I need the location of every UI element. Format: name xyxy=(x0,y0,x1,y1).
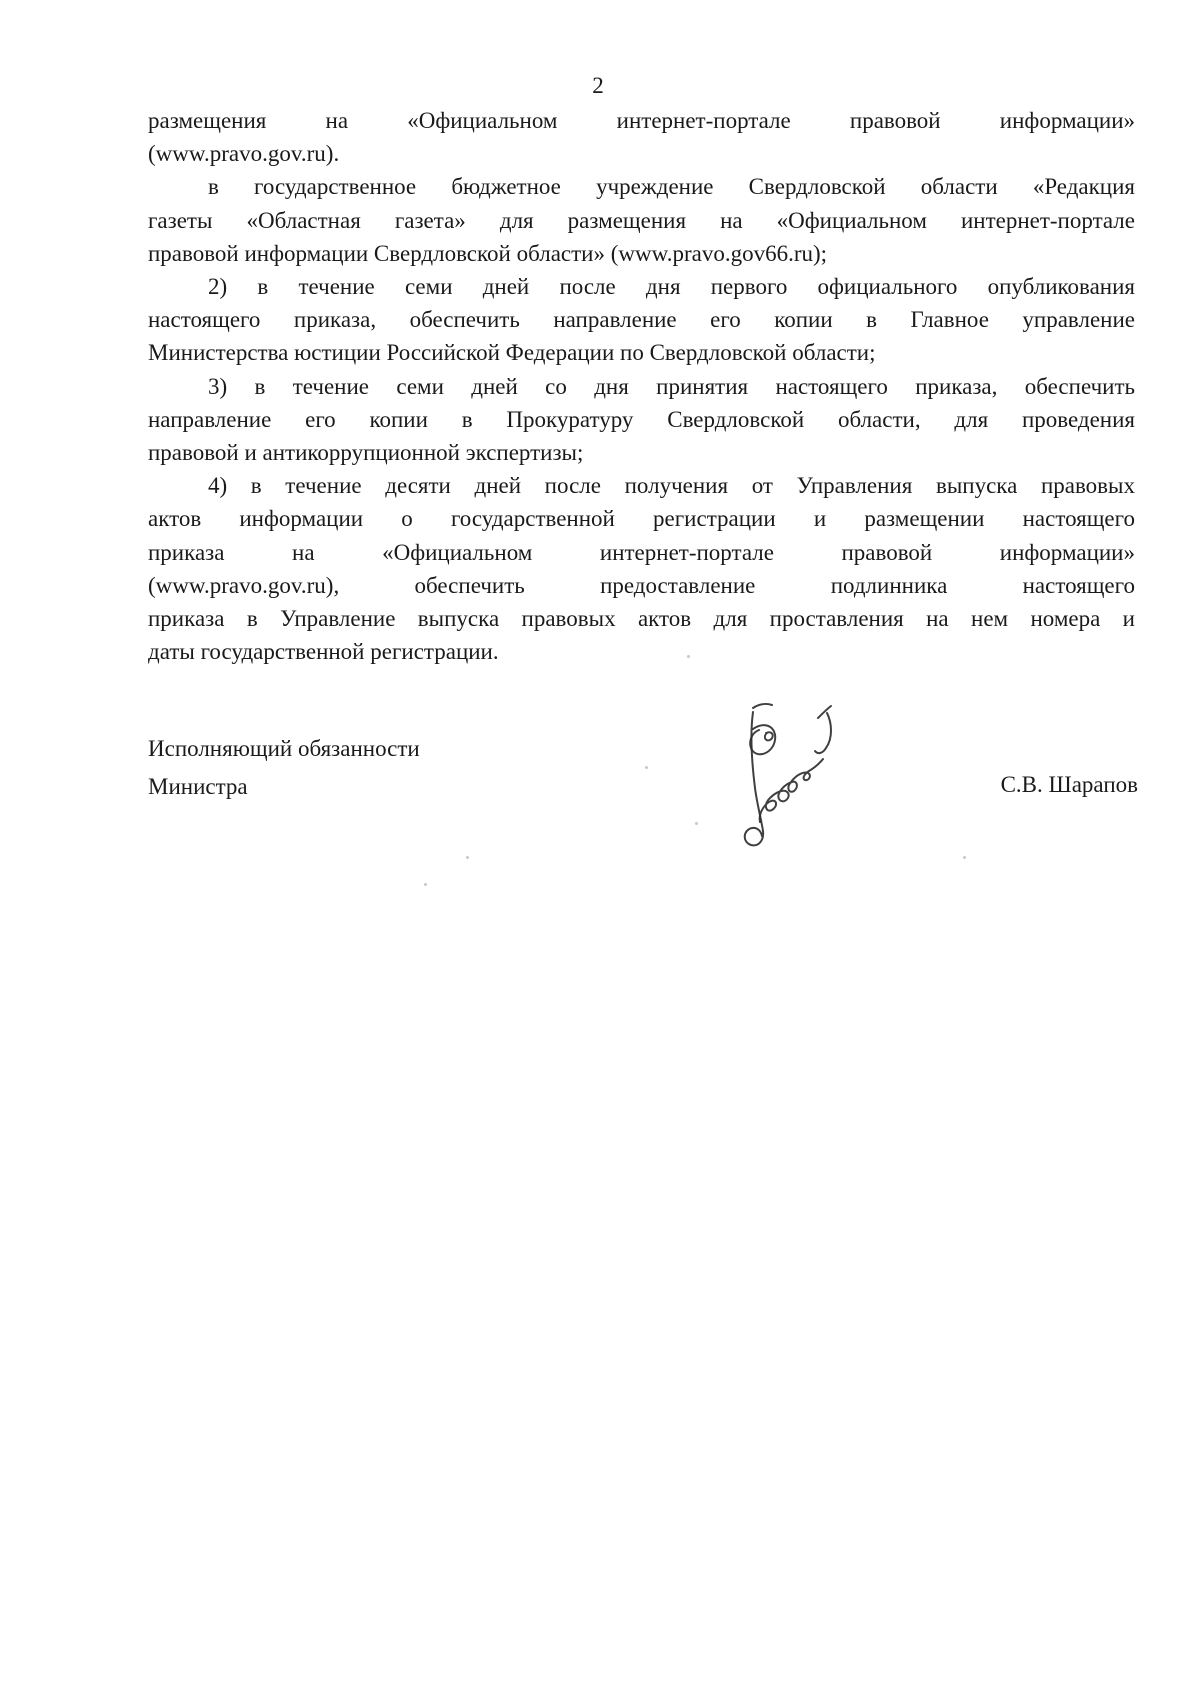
document-page: 2 размещения на «Официальном интернет-по… xyxy=(0,0,1200,1689)
scan-speck xyxy=(466,856,469,859)
text-line: даты государственной регистрации. xyxy=(148,635,1135,668)
signatory-name: С.В. Шарапов xyxy=(1001,768,1138,801)
signatory-role-line2: Министра xyxy=(148,768,420,806)
paragraph-item-3: 3) в течение семи дней со дня принятия н… xyxy=(148,370,1135,470)
signatory-role-line1: Исполняющий обязанности xyxy=(148,730,420,768)
text-line: в государственное бюджетное учреждение С… xyxy=(148,170,1135,203)
text-line: приказа на «Официальном интернет-портале… xyxy=(148,536,1135,569)
paragraph-continuation: размещения на «Официальном интернет-порт… xyxy=(148,104,1135,170)
text-line: Министерства юстиции Российской Федераци… xyxy=(148,336,1135,369)
text-line: настоящего приказа, обеспечить направлен… xyxy=(148,303,1135,336)
scan-speck xyxy=(687,655,690,658)
text-line: 4) в течение десяти дней после получения… xyxy=(148,469,1135,502)
text-line: актов информации о государственной регис… xyxy=(148,502,1135,535)
text-line: правовой информации Свердловской области… xyxy=(148,237,1135,270)
text-line: (www.pravo.gov.ru), обеспечить предостав… xyxy=(148,569,1135,602)
scan-speck xyxy=(695,822,698,825)
signatory-role: Исполняющий обязанности Министра xyxy=(148,730,420,806)
text-line: 3) в течение семи дней со дня принятия н… xyxy=(148,370,1135,403)
scan-speck xyxy=(424,883,427,886)
paragraph-item-4: 4) в течение десяти дней после получения… xyxy=(148,469,1135,668)
text-line: газеты «Областная газета» для размещения… xyxy=(148,204,1135,237)
document-body: размещения на «Официальном интернет-порт… xyxy=(148,104,1135,668)
text-line: размещения на «Официальном интернет-порт… xyxy=(148,104,1135,137)
text-line: (www.pravo.gov.ru). xyxy=(148,137,1135,170)
scan-speck xyxy=(963,856,966,859)
scan-speck xyxy=(645,766,648,769)
paragraph-gazeta: в государственное бюджетное учреждение С… xyxy=(148,170,1135,270)
text-line: приказа в Управление выпуска правовых ак… xyxy=(148,602,1135,635)
page-number: 2 xyxy=(0,72,1196,100)
text-line: 2) в течение семи дней после дня первого… xyxy=(148,270,1135,303)
handwritten-signature-icon xyxy=(738,702,840,850)
text-line: направление его копии в Прокуратуру Свер… xyxy=(148,403,1135,436)
text-line: правовой и антикоррупционной экспертизы; xyxy=(148,436,1135,469)
paragraph-item-2: 2) в течение семи дней после дня первого… xyxy=(148,270,1135,370)
